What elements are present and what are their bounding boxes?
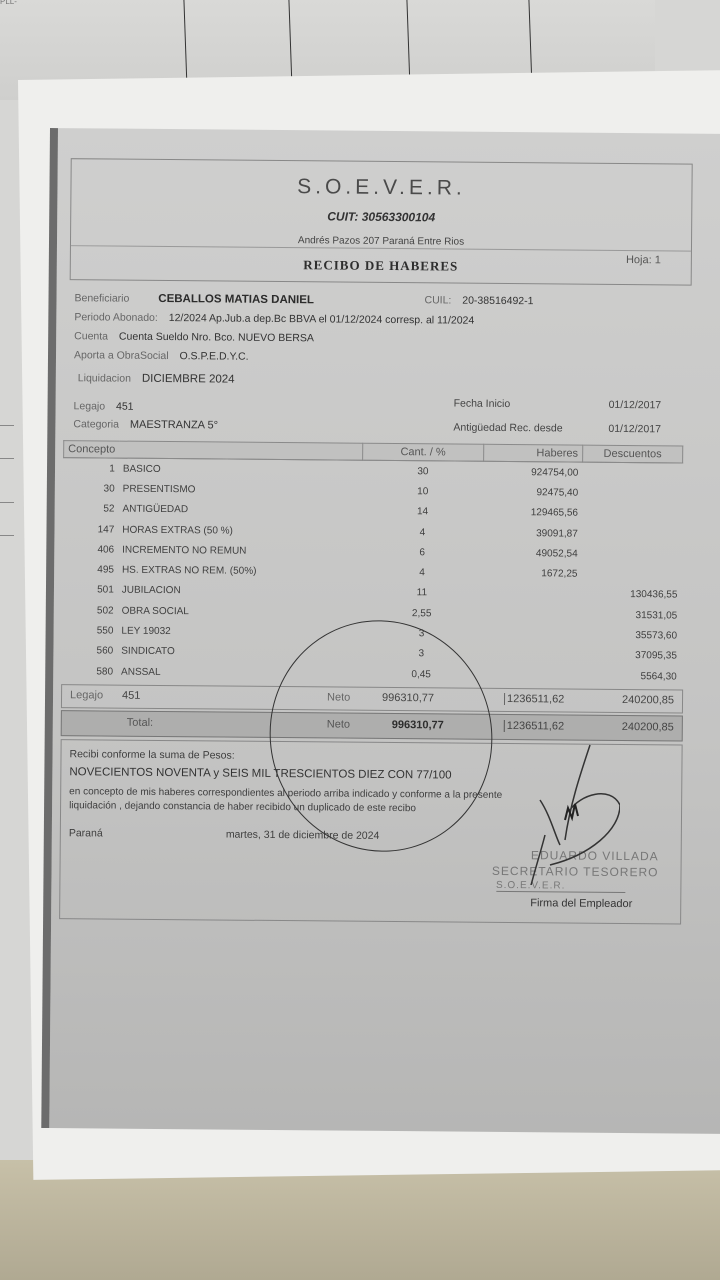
cell-haberes: 1672,25: [482, 563, 581, 584]
cell-code: 1: [63, 458, 119, 479]
cell-descuentos: [581, 564, 681, 585]
cell-haberes: [482, 624, 581, 645]
cell-cant: 3: [361, 643, 482, 664]
cell-code: 580: [62, 661, 118, 682]
background-line: [183, 0, 187, 90]
cell-cant: 4: [362, 522, 483, 543]
cell-haberes: 129465,56: [483, 502, 582, 523]
cell-code: 406: [63, 539, 119, 560]
concept-line-1: en concepto de mis haberes correspondien…: [69, 786, 502, 801]
cell-code: 147: [63, 519, 119, 540]
cell-descuentos: 31531,05: [581, 605, 681, 626]
cell-name: PRESENTISMO: [119, 479, 363, 501]
beneficiary-row: Beneficiario CEBALLOS MATIAS DANIEL: [74, 292, 314, 306]
total-row: Total: Neto 996310,77 1236511,62 240200,…: [61, 710, 683, 741]
cell-haberes: [482, 644, 581, 665]
health-insurance-row: Aporta a ObraSocial O.S.P.E.D.Y.C.: [74, 349, 249, 363]
cell-haberes: [482, 604, 581, 625]
cell-name: SINDICATO: [117, 641, 361, 663]
period-row: Periodo Abonado: 12/2024 Ap.Jub.a dep.Bc…: [74, 311, 474, 326]
amount-in-words: NOVECIENTOS NOVENTA y SEIS MIL TRESCIENT…: [69, 766, 451, 781]
organization-cuit: CUIT: 30563300104: [71, 207, 691, 226]
seniority-label: Antigüedad Rec. desde: [453, 422, 562, 435]
cell-haberes: 49052,54: [482, 543, 581, 564]
background-fragment-text: PLL-: [0, 0, 17, 6]
employee-info: Beneficiario CEBALLOS MATIAS DANIEL CUIL…: [63, 280, 690, 445]
cell-cant: 4: [362, 562, 483, 583]
subtotal-row: Legajo 451 Neto 996310,77 1236511,62 240…: [61, 684, 683, 713]
cell-cant: 10: [362, 481, 483, 502]
date: martes, 31 de diciembre de 2024: [226, 829, 380, 842]
total-neto: 996310,77: [392, 719, 444, 731]
cell-name: LEY 19032: [117, 621, 361, 643]
cuil: CUIL: 20-38516492-1: [424, 294, 533, 307]
header-box: S.O.E.V.E.R. CUIT: 30563300104 Andrés Pa…: [70, 158, 693, 285]
received-statement: Recibi conforme la suma de Pesos:: [69, 748, 234, 761]
cell-code: 560: [62, 641, 118, 662]
cell-haberes: 92475,40: [483, 482, 582, 503]
cell-name: OBRA SOCIAL: [118, 601, 362, 623]
cell-cant: 6: [362, 542, 483, 563]
cell-descuentos: 37095,35: [581, 645, 681, 666]
cell-code: 550: [62, 621, 118, 642]
cell-name: JUBILACION: [118, 580, 362, 602]
place: Paraná: [69, 827, 103, 839]
page-indicator: Hoja: 1: [626, 254, 661, 266]
category-row: Categoria MAESTRANZA 5°: [73, 418, 218, 431]
cell-descuentos: 5564,30: [581, 666, 681, 687]
cell-name: ANSSAL: [117, 662, 361, 684]
seniority-date: 01/12/2017: [608, 423, 661, 435]
cell-descuentos: [582, 462, 682, 484]
header-haberes: Haberes: [483, 444, 582, 462]
beneficiary-name: CEBALLOS MATIAS DANIEL: [158, 293, 314, 306]
payslip: S.O.E.V.E.R. CUIT: 30563300104 Andrés Pa…: [59, 158, 692, 925]
cell-cant: 11: [361, 583, 482, 604]
cell-descuentos: [582, 483, 682, 504]
cell-cant: 2,55: [361, 603, 482, 624]
cell-descuentos: [582, 503, 682, 524]
cell-cant: 14: [362, 501, 483, 522]
legajo-row: Legajo 451: [74, 400, 134, 413]
employer-signature-label: Firma del Empleador: [530, 897, 632, 910]
document-title: RECIBO DE HABERES: [71, 255, 691, 276]
cell-code: 502: [62, 600, 118, 621]
cell-descuentos: [582, 544, 682, 565]
stamp-role: SECRETARIO TESORERO: [492, 864, 659, 879]
cell-name: BASICO: [119, 458, 363, 481]
cell-descuentos: 130436,55: [581, 584, 681, 605]
cell-cant: 30: [363, 460, 484, 482]
liquidation-row: Liquidacion DICIEMBRE 2024: [78, 372, 235, 385]
account-row: Cuenta Cuenta Sueldo Nro. Bco. NUEVO BER…: [74, 330, 314, 344]
cell-code: 495: [63, 560, 119, 581]
cell-code: 30: [63, 478, 119, 499]
cell-descuentos: 35573,60: [581, 625, 681, 646]
organization-name: S.O.E.V.E.R.: [71, 173, 691, 202]
cell-cant: 3: [361, 623, 482, 644]
subtotal-haberes: 1236511,62: [504, 693, 564, 706]
cell-name: HS. EXTRAS NO REM. (50%): [118, 560, 362, 582]
stamp-name: EDUARDO VILLADA: [531, 848, 659, 863]
start-date-label: Fecha Inicio: [454, 398, 511, 410]
table-row: 580ANSSAL0,455564,30: [62, 661, 681, 687]
cell-name: ANTIGÜEDAD: [118, 499, 362, 521]
items-body: 1BASICO30924754,0030PRESENTISMO1092475,4…: [62, 458, 683, 687]
subtotal-neto: 996310,77: [382, 692, 434, 704]
cell-name: HORAS EXTRAS (50 %): [118, 520, 362, 542]
cell-haberes: 39091,87: [483, 523, 582, 544]
header-cant: Cant. / %: [363, 443, 484, 461]
total-descuentos: 240200,85: [622, 721, 674, 733]
background-left-fragment: [0, 380, 20, 540]
start-date: 01/12/2017: [609, 399, 662, 411]
cell-descuentos: [582, 524, 682, 545]
items-table: Concepto Cant. / % Haberes Descuentos 1B…: [61, 440, 683, 687]
header-descuentos: Descuentos: [582, 445, 682, 463]
concept-line-2: liquidación , dejando constancia de habe…: [69, 800, 416, 814]
payslip-photocopy: S.O.E.V.E.R. CUIT: 30563300104 Andrés Pa…: [41, 128, 720, 1134]
subtotal-descuentos: 240200,85: [622, 694, 674, 706]
cell-haberes: 924754,00: [483, 461, 582, 483]
cell-name: INCREMENTO NO REMUN: [118, 540, 362, 562]
stamp-org: S.O.E.V.E.R.: [496, 880, 626, 893]
cell-haberes: [481, 665, 580, 686]
cell-code: 501: [62, 580, 118, 601]
cell-cant: 0,45: [361, 664, 482, 685]
cell-code: 52: [63, 499, 119, 520]
cell-haberes: [482, 584, 581, 605]
receipt-footer: Recibi conforme la suma de Pesos: NOVECI…: [59, 739, 683, 924]
total-haberes: 1236511,62: [504, 720, 564, 733]
